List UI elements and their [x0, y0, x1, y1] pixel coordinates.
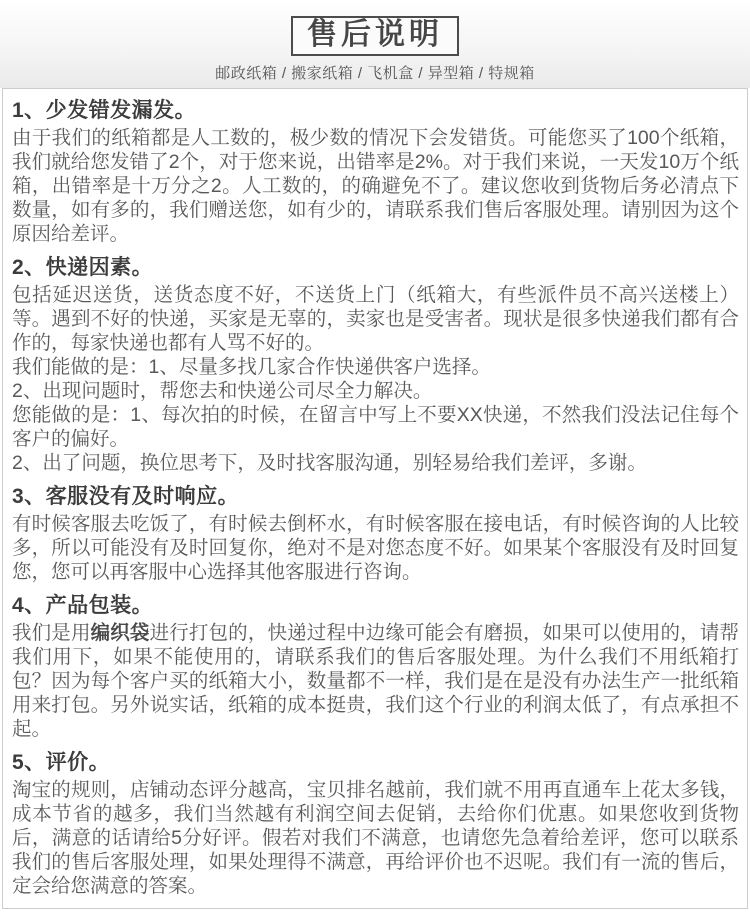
- section-misdelivery: 1、少发错发漏发。 由于我们的纸箱都是人工数的，极少数的情况下会发错货。可能您买…: [12, 98, 739, 246]
- content-card: 1、少发错发漏发。 由于我们的纸箱都是人工数的，极少数的情况下会发错货。可能您买…: [2, 88, 748, 909]
- section-packaging: 4、产品包装。 我们是用编织袋进行打包的，快递过程中边缘可能会有磨损，如果可以使…: [12, 593, 739, 741]
- section-paragraph: 2、出了问题，换位思考下，及时找客服沟通，别轻易给我们差评，多谢。: [12, 451, 739, 475]
- section-paragraph: 我们是用编织袋进行打包的，快递过程中边缘可能会有磨损，如果可以使用的，请帮我们用…: [12, 621, 739, 741]
- page-title-text: 售后说明: [307, 18, 443, 51]
- section-paragraph: 有时候客服去吃饭了，有时候去倒杯水，有时候客服在接电话，有时候咨询的人比较多，所…: [12, 512, 739, 584]
- section-heading: 5、评价。: [12, 750, 739, 775]
- section-heading: 2、快递因素。: [12, 255, 739, 280]
- after-sales-header: 售后说明 邮政纸箱 / 搬家纸箱 / 飞机盒 / 异型箱 / 特规箱: [0, 0, 750, 88]
- section-heading: 4、产品包装。: [12, 593, 739, 618]
- packaging-bold-term: 编织袋: [91, 622, 150, 644]
- packaging-text-prefix: 我们是用: [12, 622, 91, 644]
- section-paragraph: 淘宝的规则，店铺动态评分越高，宝贝排名越前，我们就不用再直通车上花太多钱，成本节…: [12, 778, 739, 898]
- page-title: 售后说明: [291, 16, 459, 56]
- section-review: 5、评价。 淘宝的规则，店铺动态评分越高，宝贝排名越前，我们就不用再直通车上花太…: [12, 750, 739, 898]
- section-service-response: 3、客服没有及时响应。 有时候客服去吃饭了，有时候去倒杯水，有时候客服在接电话，…: [12, 484, 739, 584]
- section-heading: 3、客服没有及时响应。: [12, 484, 739, 509]
- after-sales-page: 售后说明 邮政纸箱 / 搬家纸箱 / 飞机盒 / 异型箱 / 特规箱 1、少发错…: [0, 0, 750, 909]
- section-paragraph: 我们能做的是：1、尽量多找几家合作快递供客户选择。: [12, 355, 739, 379]
- section-heading: 1、少发错发漏发。: [12, 98, 739, 123]
- section-courier: 2、快递因素。 包括延迟送货，送货态度不好，不送货上门（纸箱大，有些派件员不高兴…: [12, 255, 739, 475]
- section-paragraph: 包括延迟送货，送货态度不好，不送货上门（纸箱大，有些派件员不高兴送楼上）等。遇到…: [12, 283, 739, 355]
- category-subtitle: 邮政纸箱 / 搬家纸箱 / 飞机盒 / 异型箱 / 特规箱: [0, 62, 750, 83]
- section-paragraph: 由于我们的纸箱都是人工数的，极少数的情况下会发错货。可能您买了100个纸箱，我们…: [12, 126, 739, 246]
- section-paragraph: 2、出现问题时，帮您去和快递公司尽全力解决。: [12, 379, 739, 403]
- section-paragraph: 您能做的是：1、每次拍的时候，在留言中写上不要XX快递，不然我们没法记住每个客户…: [12, 403, 739, 451]
